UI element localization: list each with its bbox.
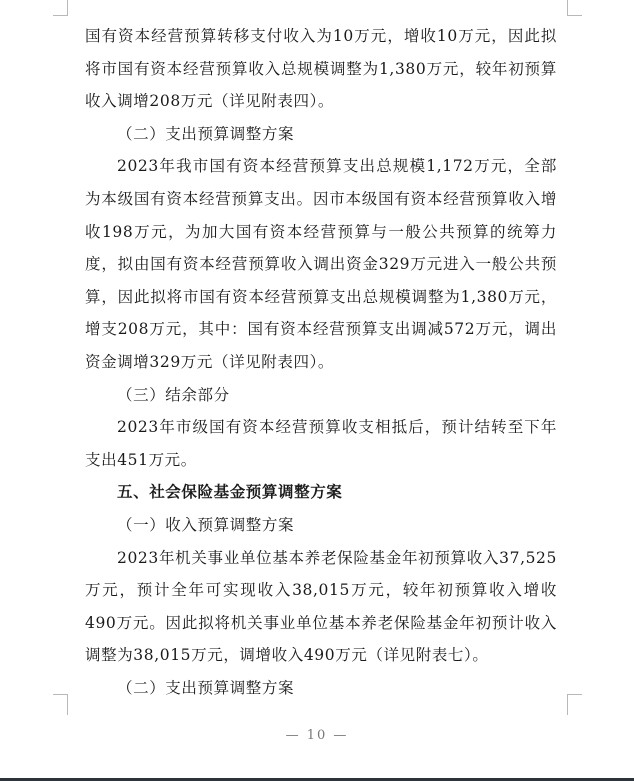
page-number: — 10 — bbox=[0, 728, 634, 743]
paragraph-expenditure: 2023年我市国有资本经营预算支出总规模1,172万元，全部为本级国有资本经营预… bbox=[85, 150, 557, 378]
heading-social-insurance: 五、社会保险基金预算调整方案 bbox=[85, 476, 557, 509]
document-body: 国有资本经营预算转移支付收入为10万元，增收10万元，因此拟将市国有资本经营预算… bbox=[85, 20, 557, 704]
subheading-expenditure-adjustment-2: （二）支出预算调整方案 bbox=[85, 672, 557, 705]
paragraph-balance: 2023年市级国有资本经营预算收支相抵后，预计结转至下年支出451万元。 bbox=[85, 411, 557, 476]
subheading-income-adjustment: （一）收入预算调整方案 bbox=[85, 509, 557, 542]
crop-mark-bottom-right bbox=[567, 694, 582, 715]
subheading-expenditure-adjustment: （二）支出预算调整方案 bbox=[85, 118, 557, 151]
paragraph-pension-income: 2023年机关事业单位基本养老保险基金年初预算收入37,525万元，预计全年可实… bbox=[85, 542, 557, 672]
crop-mark-bottom-left bbox=[53, 694, 68, 715]
crop-mark-top-left bbox=[53, 0, 68, 16]
document-page: 国有资本经营预算转移支付收入为10万元，增收10万元，因此拟将市国有资本经营预算… bbox=[0, 0, 634, 778]
paragraph-income-transfer: 国有资本经营预算转移支付收入为10万元，增收10万元，因此拟将市国有资本经营预算… bbox=[85, 20, 557, 118]
subheading-balance: （三）结余部分 bbox=[85, 379, 557, 412]
crop-mark-top-right bbox=[567, 0, 582, 16]
